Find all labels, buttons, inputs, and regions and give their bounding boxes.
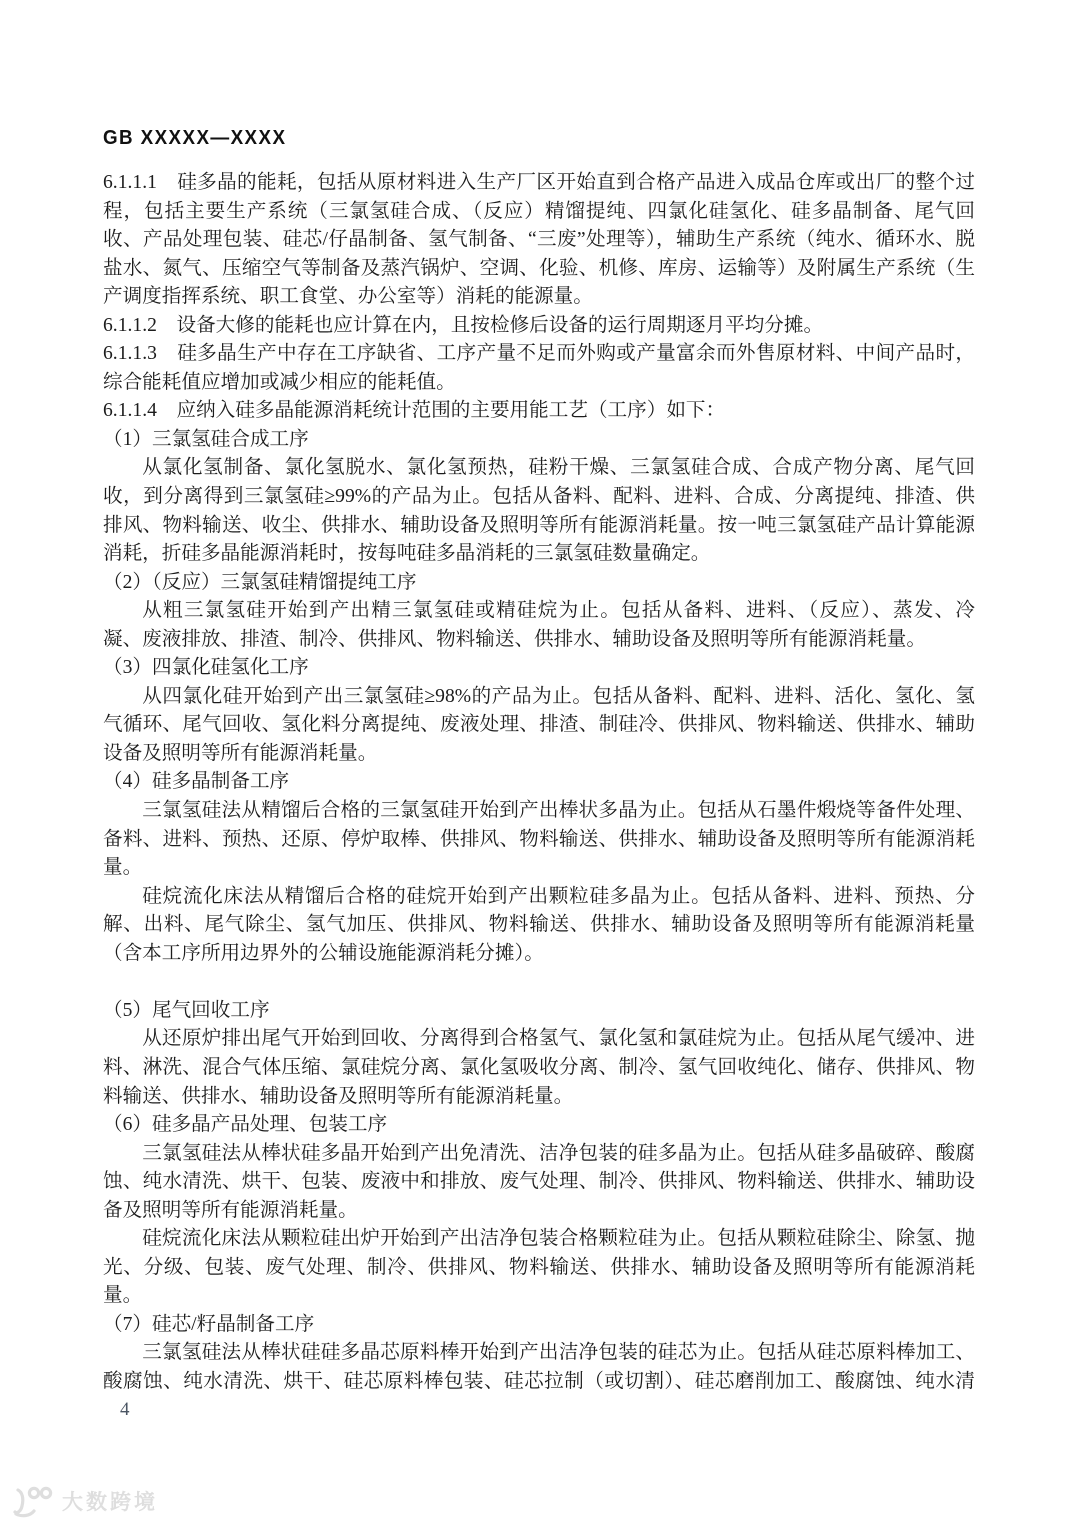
text-line: 备及照明等所有能源消耗量。 [103,1197,975,1226]
text-line: （5）尾气回收工序 [103,997,975,1026]
text-line: 三氯氢硅法从棒状硅硅多晶芯原料棒开始到产出洁净包装的硅芯为止。包括从硅芯原料棒加… [103,1339,975,1368]
text-line: 量。 [103,1282,975,1311]
text-line: 从氯化氢制备、氯化氢脱水、氯化氢预热，硅粉干燥、三氯氢硅合成、合成产物分离、尾气… [103,454,975,483]
watermark: 大数跨境 [12,1484,158,1518]
text-line: 综合能耗值应增加或减少相应的能耗值。 [103,369,975,398]
text-line: 收，到分离得到三氯氢硅≥99%的产品为止。包括从备料、配料、进料、合成、分离提纯… [103,483,975,512]
text-line: 盐水、氮气、压缩空气等制备及蒸汽锅炉、空调、化验、机修、库房、运输等）及附属生产… [103,255,975,284]
text-line: 光、分级、包装、废气处理、制冷、供排风、物料输送、供排水、辅助设备及照明等所有能… [103,1254,975,1283]
document-page: GB XXXXX—XXXX 6.1.1.1 硅多晶的能耗，包括从原材料进入生产厂… [0,0,1080,1527]
text-line: 三氯氢硅法从精馏后合格的三氯氢硅开始到产出棒状多晶为止。包括从石墨件煅烧等备件处… [103,797,975,826]
text-line: 硅烷流化床法从颗粒硅出炉开始到产出洁净包装合格颗粒硅为止。包括从颗粒硅除尘、除氢… [103,1225,975,1254]
text-line: 酸腐蚀、纯水清洗、烘干、硅芯原料棒包装、硅芯拉制（或切割）、硅芯磨削加工、酸腐蚀… [103,1368,975,1397]
text-line: （1）三氯氢硅合成工序 [103,426,975,455]
text-line: （2）（反应）三氯氢硅精馏提纯工序 [103,569,975,598]
text-line: 6.1.1.2 设备大修的能耗也应计算在内，且按检修后设备的运行周期逐月平均分摊… [103,312,975,341]
text-line: 凝、废液排放、排渣、制冷、供排风、物料输送、供排水、辅助设备及照明等所有能源消耗… [103,626,975,655]
text-line: 料输送、供排水、辅助设备及照明等所有能源消耗量。 [103,1083,975,1112]
text-line: 程，包括主要生产系统（三氯氢硅合成、（反应）精馏提纯、四氯化硅氢化、硅多晶制备、… [103,198,975,227]
text-line: 备料、进料、预热、还原、停炉取棒、供排风、物料输送、供排水、辅助设备及照明等所有… [103,826,975,855]
text-line: 气循环、尾气回收、氢化料分离提纯、废液处理、排渣、制硅冷、供排风、物料输送、供排… [103,711,975,740]
text-line: 料、淋洗、混合气体压缩、氯硅烷分离、氯化氢吸收分离、制冷、氢气回收纯化、储存、供… [103,1054,975,1083]
watermark-logo-icon [12,1484,56,1518]
text-line: 从粗三氯氢硅开始到产出精三氯氢硅或精硅烷为止。包括从备料、进料、（反应）、蒸发、… [103,597,975,626]
standard-code-header: GB XXXXX—XXXX [103,127,286,150]
text-line: 硅烷流化床法从精馏后合格的硅烷开始到产出颗粒硅多晶为止。包括从备料、进料、预热、… [103,883,975,912]
text-line: 排风、物料输送、收尘、供排水、辅助设备及照明等所有能源消耗量。按一吨三氯氢硅产品… [103,512,975,541]
text-line: 6.1.1.1 硅多晶的能耗，包括从原材料进入生产厂区开始直到合格产品进入成品仓… [103,169,975,198]
blank-line [103,968,975,997]
document-body: 6.1.1.1 硅多晶的能耗，包括从原材料进入生产厂区开始直到合格产品进入成品仓… [103,169,975,1397]
text-line: 从四氯化硅开始到产出三氯氢硅≥98%的产品为止。包括从备料、配料、进料、活化、氢… [103,683,975,712]
text-line: 消耗，折硅多晶能源消耗时，按每吨硅多晶消耗的三氯氢硅数量确定。 [103,540,975,569]
text-line: （3）四氯化硅氢化工序 [103,654,975,683]
text-line: 量。 [103,854,975,883]
text-line: 解、出料、尾气除尘、氢气加压、供排风、物料输送、供排水、辅助设备及照明等所有能源… [103,911,975,940]
text-line: 三氯氢硅法从棒状硅多晶开始到产出免清洗、洁净包装的硅多晶为止。包括从硅多晶破碎、… [103,1140,975,1169]
text-line: （6）硅多晶产品处理、包装工序 [103,1111,975,1140]
text-line: 6.1.1.3 硅多晶生产中存在工序缺省、工序产量不足而外购或产量富余而外售原材… [103,340,975,369]
text-line: 6.1.1.4 应纳入硅多晶能源消耗统计范围的主要用能工艺（工序）如下： [103,397,975,426]
watermark-text: 大数跨境 [62,1486,158,1516]
text-line: 从还原炉排出尾气开始到回收、分离得到合格氢气、氯化氢和氯硅烷为止。包括从尾气缓冲… [103,1025,975,1054]
text-line: （4）硅多晶制备工序 [103,768,975,797]
text-line: 蚀、纯水清洗、烘干、包装、废液中和排放、废气处理、制冷、供排风、物料输送、供排水… [103,1168,975,1197]
text-line: 设备及照明等所有能源消耗量。 [103,740,975,769]
page-number: 4 [120,1396,130,1424]
text-line: 收、产品处理包装、硅芯/仔晶制备、氢气制备、“三废”处理等），辅助生产系统（纯水… [103,226,975,255]
text-line: （含本工序所用边界外的公辅设施能源消耗分摊）。 [103,940,975,969]
text-line: 产调度指挥系统、职工食堂、办公室等）消耗的能源量。 [103,283,975,312]
text-line: （7）硅芯/籽晶制备工序 [103,1311,975,1340]
